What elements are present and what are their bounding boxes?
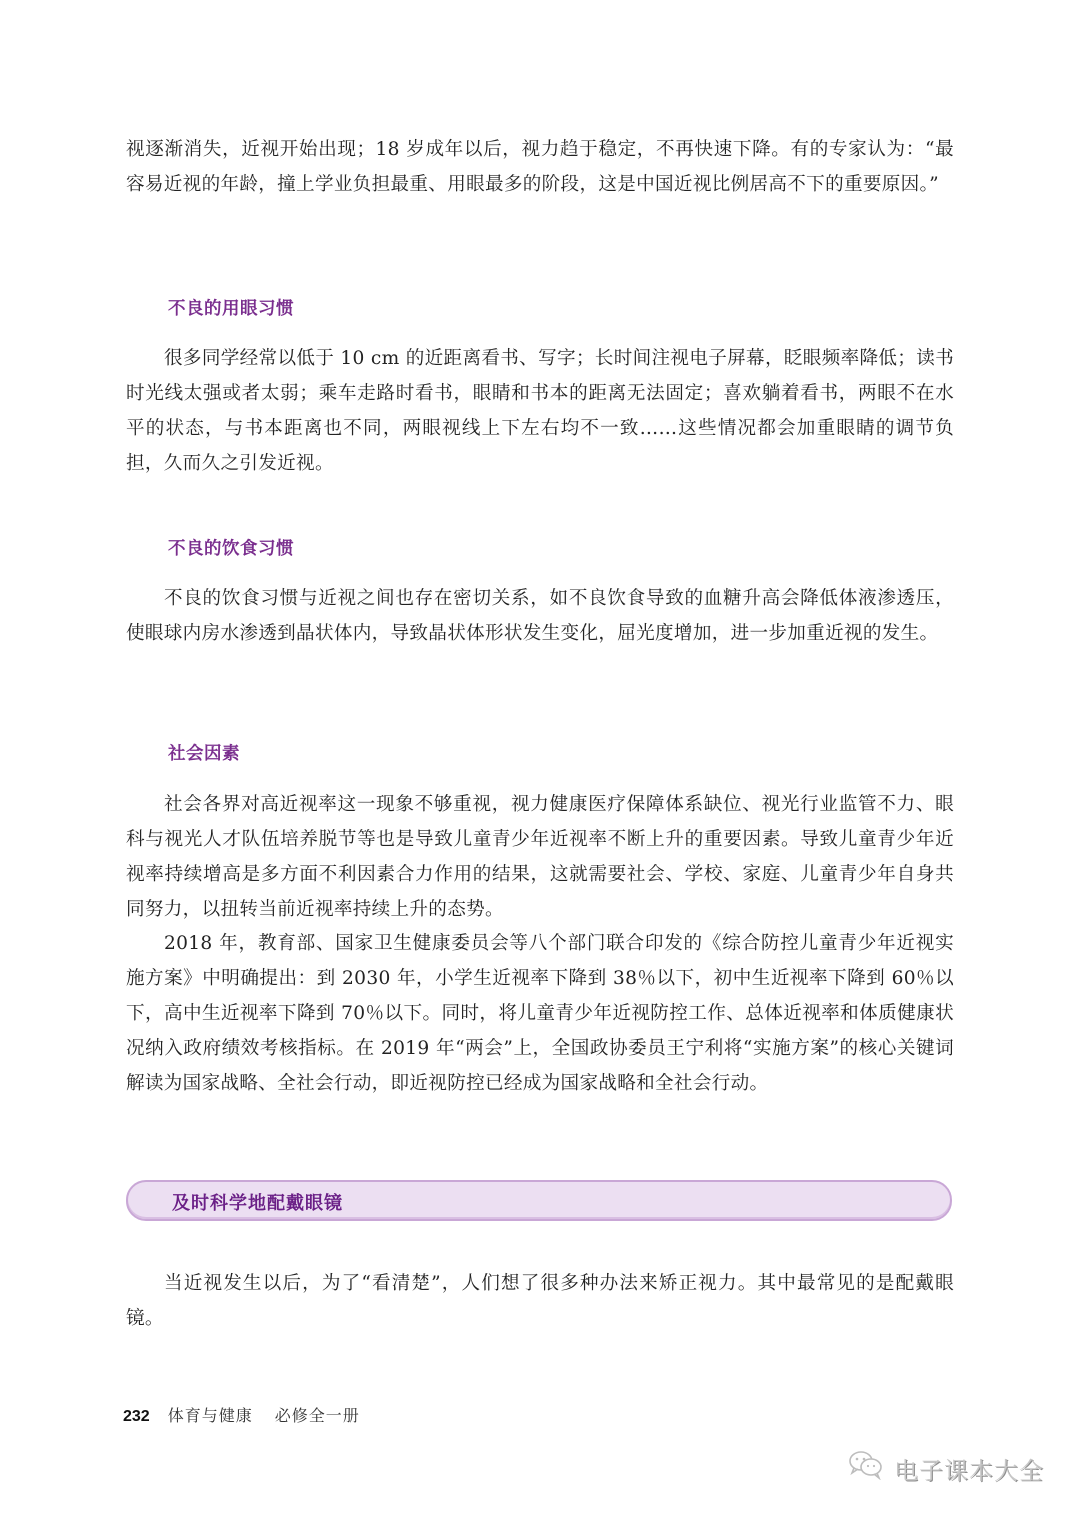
section-heading-eye-habits: 不良的用眼习惯 xyxy=(168,295,294,320)
paragraph-diet-habits: 不良的饮食习惯与近视之间也存在密切关系，如不良饮食导致的血糖升高会降低体液渗透压… xyxy=(126,581,954,651)
section-banner: 及时科学地配戴眼镜 xyxy=(126,1180,952,1221)
paragraph-eye-habits: 很多同学经常以低于 10 cm 的近距离看书、写字；长时间注视电子屏幕，眨眼频率… xyxy=(126,341,954,481)
banner-title: 及时科学地配戴眼镜 xyxy=(172,1189,343,1215)
book-volume: 必修全一册 xyxy=(275,1403,360,1426)
section-heading-diet-habits: 不良的饮食习惯 xyxy=(168,535,294,560)
book-title: 体育与健康 xyxy=(168,1403,253,1426)
intro-paragraph: 视逐渐消失，近视开始出现；18 岁成年以后，视力趋于稳定，不再快速下降。有的专家… xyxy=(126,132,954,202)
paragraph-policy-2018: 2018 年，教育部、国家卫生健康委员会等八个部门联合印发的《综合防控儿童青少年… xyxy=(126,926,954,1101)
wechat-icon xyxy=(848,1450,894,1486)
page-number: 232 xyxy=(123,1408,150,1426)
section-heading-social-factors: 社会因素 xyxy=(168,740,240,765)
paragraph-glasses: 当近视发生以后，为了“看清楚”，人们想了很多种办法来矫正视力。其中最常见的是配戴… xyxy=(126,1266,954,1336)
watermark-text: 电子课本大全 xyxy=(894,1451,1044,1486)
page-footer: 232 体育与健康 必修全一册 xyxy=(123,1403,360,1426)
watermark: 电子课本大全 xyxy=(848,1450,1044,1486)
textbook-page: 视逐渐消失，近视开始出现；18 岁成年以后，视力趋于稳定，不再快速下降。有的专家… xyxy=(0,0,1080,1516)
paragraph-social-factors: 社会各界对高近视率这一现象不够重视，视力健康医疗保障体系缺位、视光行业监管不力、… xyxy=(126,787,954,927)
